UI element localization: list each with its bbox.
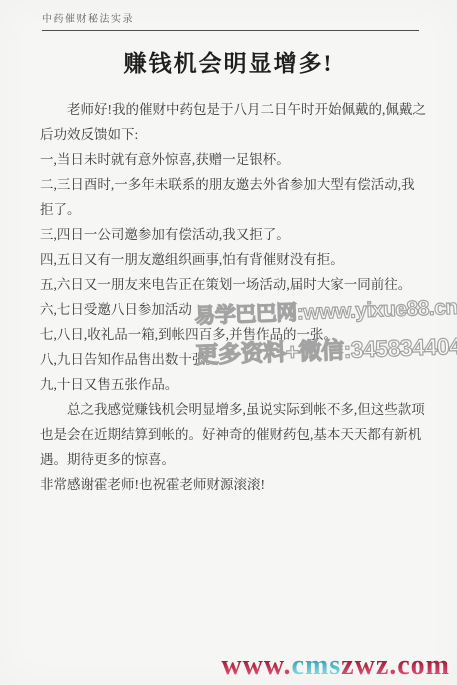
feedback-list-item: 二,三日酉时,一多年未联系的朋友邀去外省参加大型有偿活动,我拒了。: [40, 172, 426, 222]
feedback-list-item: 六,七日受邀八日参加活动: [40, 297, 426, 322]
document-body: 老师好!我的催财中药包是于八月二日午时开始佩戴的,佩戴之后功效反馈如下: 一,当…: [40, 97, 426, 497]
running-header-text: 中药催财秘法实录: [42, 14, 134, 25]
feedback-list-item: 三,四日一公司邀参加有偿活动,我又拒了。: [40, 222, 426, 247]
footer-site-url: www.cmszwz.com: [221, 650, 450, 682]
feedback-list-item: 四,五日又有一朋友邀组织画事,怕有背催财没有拒。: [40, 247, 426, 272]
page-title: 赚钱机会明显增多!: [0, 45, 457, 78]
feedback-list-item: 八,九日告知作品售出数十张。: [40, 347, 426, 372]
summary-paragraph: 总之我感觉赚钱机会明显增多,虽说实际到帐不多,但这些款项也是会在近期结算到帐的。…: [40, 397, 426, 472]
intro-paragraph: 老师好!我的催财中药包是于八月二日午时开始佩戴的,佩戴之后功效反馈如下:: [40, 97, 426, 147]
feedback-list-item: 一,当日未时就有意外惊喜,获赠一足银杯。: [40, 147, 426, 172]
feedback-list-item: 九,十日又售五张作品。: [40, 372, 426, 397]
feedback-list-item: 五,六日又一朋友来电告正在策划一场活动,届时大家一同前往。: [40, 272, 426, 297]
running-header: 中药催财秘法实录: [42, 10, 419, 31]
feedback-list-item: 七,八日,收礼品一箱,到帐四百多,并售作品的一张。: [40, 322, 426, 347]
feedback-list: 一,当日未时就有意外惊喜,获赠一足银杯。 二,三日酉时,一多年未联系的朋友邀去外…: [40, 147, 426, 397]
scanned-document-page: 中药催财秘法实录 赚钱机会明显增多! 老师好!我的催财中药包是于八月二日午时开始…: [0, 0, 457, 685]
footer-url-zwzcom-segment: zwz.com: [341, 650, 450, 681]
footer-url-www-segment: www.: [221, 650, 291, 681]
footer-url-cms-segment: cms: [292, 650, 342, 681]
thanks-paragraph: 非常感谢霍老师!也祝霍老师财源滚滚!: [40, 472, 426, 497]
